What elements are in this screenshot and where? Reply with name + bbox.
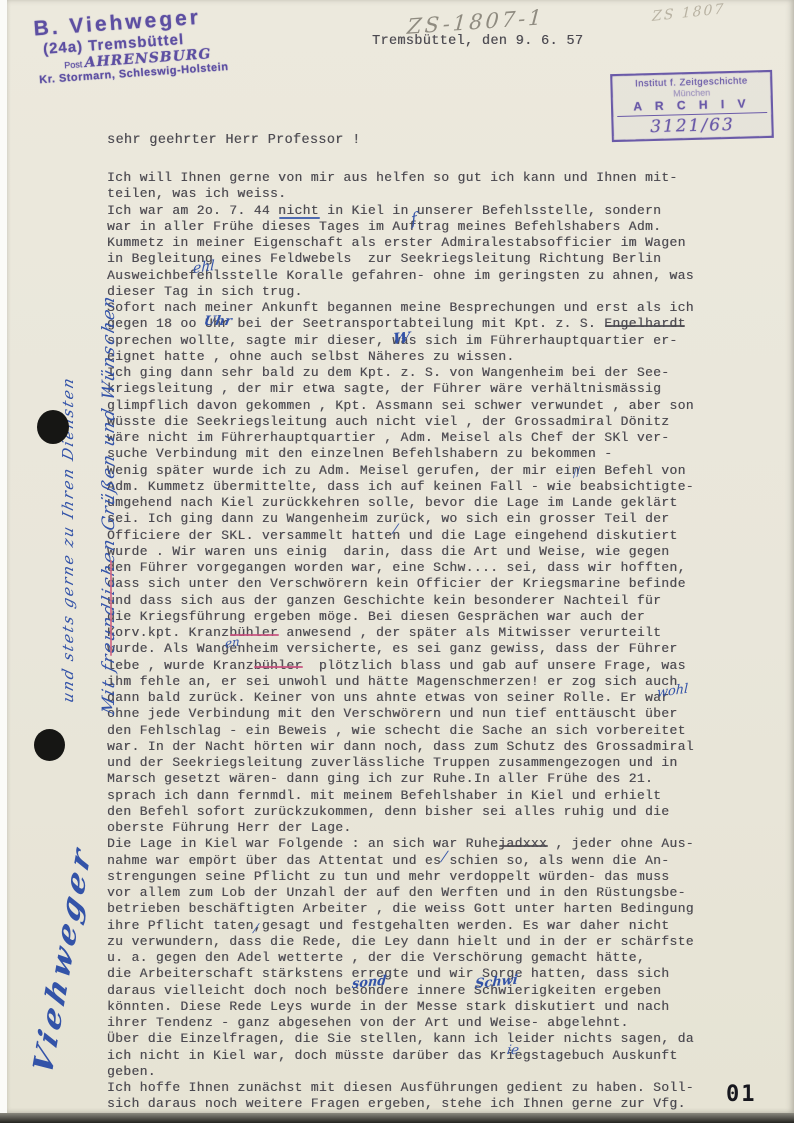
- letter-line: Über die Einzelfragen, die Sie stellen, …: [107, 1031, 694, 1047]
- letter-line: und dass sich aus der ganzen Geschichte …: [107, 593, 694, 609]
- letter-line: umgehend nach Kiel zurückkehren solle, b…: [107, 495, 694, 511]
- letter-line: die Kriegsführung ergeben möge. Bei dies…: [107, 609, 694, 625]
- ink-underline-nicht: [279, 217, 320, 219]
- archive-number: 3121/63: [617, 114, 767, 138]
- letter-line: lebe , wurde Kranzbühler plötzlich blass…: [107, 658, 694, 674]
- typed-strike-ruhe: [499, 845, 548, 847]
- letter-line: den Führer vorgegangen worden war, eine …: [107, 560, 694, 576]
- letter-line: ihre Pflicht taten,gesagt und festgehalt…: [107, 918, 694, 934]
- typed-strike-engelhardt: [605, 325, 685, 327]
- letter-line: wäre nicht im Führerhauptquartier , Adm.…: [107, 430, 694, 446]
- letter-line: zu verwundern, dass die Rede, die Ley da…: [107, 934, 694, 950]
- scanned-letter-paper: B. Viehweger (24a) Tremsbüttel Post AHRE…: [7, 0, 794, 1114]
- letter-line: und der Seekriegsleitung zuverlässliche …: [107, 755, 694, 771]
- letter-line: Ich war am 2o. 7. 44 nicht in Kiel in un…: [107, 203, 694, 219]
- letter-line: war in aller Frühe dieses Tages im Auftr…: [107, 219, 694, 235]
- ink-insert-ie-kriegstagebuch: ie: [506, 1043, 521, 1058]
- margin-signature: Viehweger: [27, 838, 98, 1081]
- letter-line: war. In der Nacht hörten wir dann noch, …: [107, 739, 694, 755]
- letter-line: Adm. Kummetz übermittelte, dass ich auf …: [107, 479, 694, 495]
- letter-line: Sofort nach meiner Ankunft begannen mein…: [107, 300, 694, 316]
- pencil-catalog-number-faint: ZS 1807: [652, 1, 726, 25]
- letter-line: teilen, was ich weiss.: [107, 186, 694, 202]
- letter-line: suche Verbindung mit den einzelnen Befeh…: [107, 446, 694, 462]
- letter-line: daraus vielleicht doch noch besondere in…: [107, 983, 694, 999]
- letter-line: Marsch gesetzt wären- dann ging ich zur …: [107, 771, 694, 787]
- letter-line: strengungen seine Pflicht zu tun und meh…: [107, 869, 694, 885]
- letter-line: kriegsleitung , der mir etwa sagte, der …: [107, 381, 694, 397]
- letter-line: Kummetz in meiner Eigenschaft als erster…: [107, 235, 694, 251]
- letter-line: sprach ich dann fernmdl. mit meinem Befe…: [107, 788, 694, 804]
- post-label: Post: [64, 59, 83, 70]
- letter-line: betrieben beschäftigten Arbeiter , die w…: [107, 901, 694, 917]
- letter-line: dass sich unter den Verschwörern kein Of…: [107, 576, 694, 592]
- ink-overwrite-uhr: Uhr: [203, 314, 233, 329]
- letter-line: oberste Führung Herr der Lage.: [107, 820, 694, 836]
- letter-line: wüsste die Seekriegsleitung auch nicht v…: [107, 414, 694, 430]
- letter-line: glimpflich davon gekommen , Kpt. Assmann…: [107, 398, 694, 414]
- ink-insert-en-wangenheim: en: [225, 634, 240, 651]
- letter-line: dann bald zurück. Keiner von uns ahnte e…: [107, 690, 694, 706]
- punch-hole-bottom: [34, 729, 65, 761]
- letter-line: wurde . Wir waren uns einig darin, dass …: [107, 544, 694, 560]
- letter-line: Ich hoffe Ihnen zunächst mit diesen Ausf…: [107, 1080, 694, 1096]
- letter-line: sich daraus noch weitere Fragen ergeben,…: [107, 1096, 694, 1112]
- letter-line: ihm fehle an, er sei unwohl und hätte Ma…: [107, 674, 694, 690]
- letter-line: sei. Ich ging dann zu Wangenheim zurück,…: [107, 511, 694, 527]
- letter-line: ihrer Tendenz - ganz abgesehen von der A…: [107, 1015, 694, 1031]
- letter-line: vor allem zum Lob der Unzahl der auf den…: [107, 885, 694, 901]
- scan-bottom-edge: [0, 1113, 794, 1123]
- letter-line: ohne jede Verbindung mit den Verschwörer…: [107, 706, 694, 722]
- letter-line: u. a. gegen den Adel wetterte , der die …: [107, 950, 694, 966]
- letter-line: ich nicht in Kiel war, doch müsste darüb…: [107, 1048, 694, 1064]
- letter-body: Ich will Ihnen gerne von mir aus helfen …: [107, 170, 694, 1113]
- letter-line: Wenig später wurde ich zu Adm. Meisel ge…: [107, 463, 694, 479]
- letter-line: den Befehl sofort zurückzukommen, denn b…: [107, 804, 694, 820]
- letter-line: Die Lage in Kiel war Folgende : an sich …: [107, 836, 694, 852]
- letter-line: eignet hatte , ohne auch selbst Näheres …: [107, 349, 694, 365]
- letter-line: dieser Tag in sich trug.: [107, 284, 694, 300]
- letter-line: Officiere der SKL. versammelt hatten und…: [107, 528, 694, 544]
- letter-line: Korv.kpt. Kranzbühler anwesend , der spä…: [107, 625, 694, 641]
- margin-note-line-1: Mit freundlichen Grüßen und Wünschen: [99, 292, 119, 717]
- ink-insert-ehl: ehl: [193, 258, 215, 277]
- letter-line: Ich will Ihnen gerne von mir aus helfen …: [107, 170, 694, 186]
- archive-stamp: Institut f. Zeitgeschichte München A R C…: [610, 70, 774, 142]
- letter-line: wurde. Als Wangenheim versicherte, es se…: [107, 641, 694, 657]
- letter-line: geben.: [107, 1064, 694, 1080]
- letter-line: die Arbeiterschaft stärkstens erregte un…: [107, 966, 694, 982]
- letter-line: könnten. Diese Rede Leys wurde in der Me…: [107, 999, 694, 1015]
- red-margin-line: [110, 560, 112, 656]
- ink-overwrite-w-was: W: [392, 328, 410, 348]
- letter-line: nahme war empört über das Attentat und e…: [107, 853, 694, 869]
- sender-address-stamp: B. Viehweger (24a) Tremsbüttel Post AHRE…: [33, 0, 307, 86]
- punch-hole-top: [37, 410, 69, 444]
- salutation: sehr geehrter Herr Professor !: [107, 133, 361, 148]
- page-number: 01: [726, 1082, 757, 1107]
- dateline: Tremsbüttel, den 9. 6. 57: [372, 34, 583, 49]
- letter-line: Ich ging dann sehr bald zu dem Kpt. z. S…: [107, 365, 694, 381]
- letter-line: den Fehlschlag - ein Beweis , wie schech…: [107, 723, 694, 739]
